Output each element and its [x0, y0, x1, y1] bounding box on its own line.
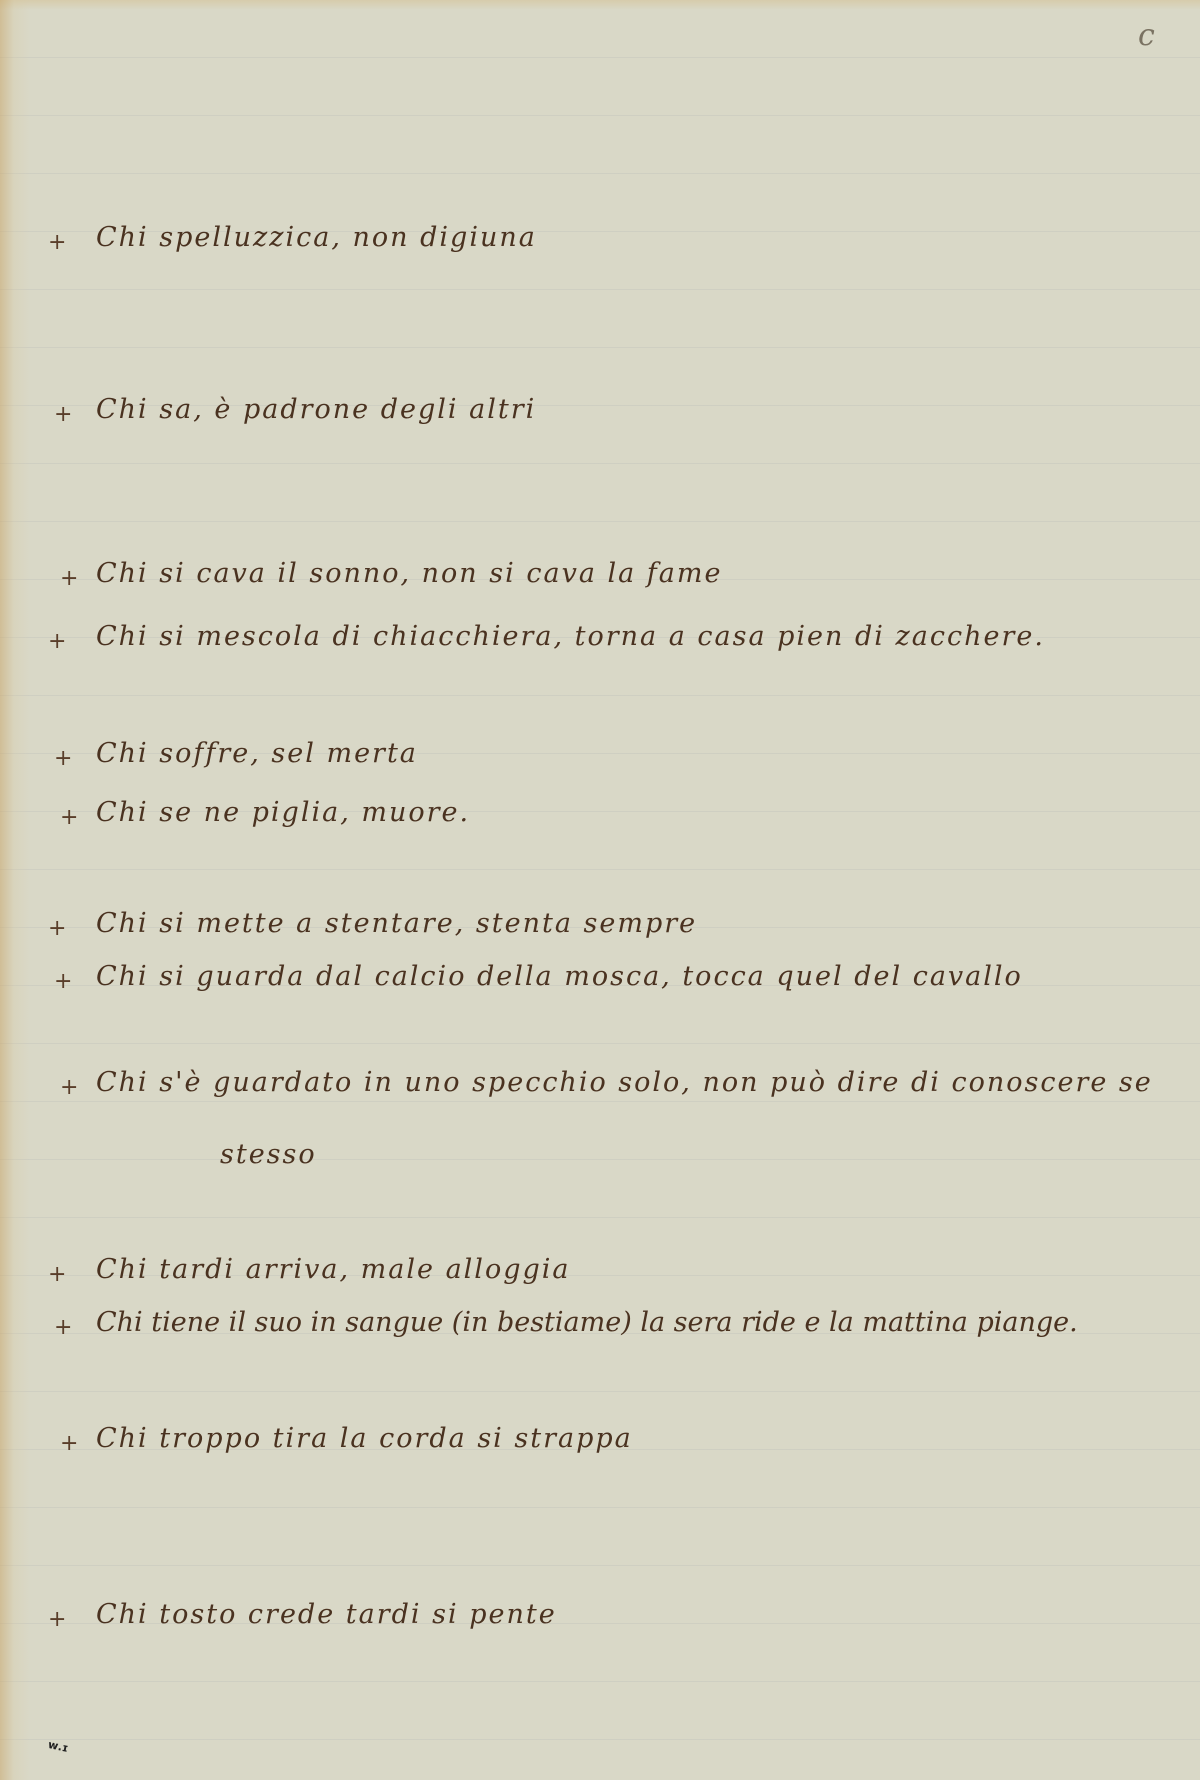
proverb-text: Chi si mescola di chiacchiera, torna a c… — [96, 621, 1045, 652]
cross-mark-icon: + — [54, 1315, 72, 1340]
cross-mark-icon: + — [54, 402, 72, 427]
cross-mark-icon: + — [60, 805, 78, 830]
proverb-text: Chi soffre, sel merta — [96, 738, 418, 769]
ink-blot-mark: ᴡ.ɪ — [47, 1738, 70, 1755]
proverb-text: Chi tosto crede tardi si pente — [96, 1599, 557, 1630]
cross-mark-icon: + — [54, 746, 72, 771]
cross-mark-icon: + — [54, 969, 72, 994]
cross-mark-icon: + — [60, 1075, 78, 1100]
proverb-text: Chi tardi arriva, male alloggia — [96, 1254, 571, 1285]
proverb-text: Chi spelluzzica, non digiuna — [96, 222, 537, 253]
proverb-text: Chi si mette a stentare, stenta sempre — [96, 908, 697, 939]
proverb-text: Chi tiene il suo in sangue (in bestiame)… — [96, 1307, 1078, 1338]
proverb-text: Chi si guarda dal calcio della mosca, to… — [96, 961, 1023, 992]
proverb-continuation: stesso — [220, 1139, 317, 1170]
cross-mark-icon: + — [48, 629, 66, 654]
page-number: c — [1138, 18, 1155, 53]
proverb-text: Chi troppo tira la corda si strappa — [96, 1423, 633, 1454]
cross-mark-icon: + — [60, 1431, 78, 1456]
cross-mark-icon: + — [48, 1607, 66, 1632]
cross-mark-icon: + — [48, 230, 66, 255]
proverb-text: Chi s'è guardato in uno specchio solo, n… — [96, 1067, 1153, 1098]
cross-mark-icon: + — [48, 916, 66, 941]
cross-mark-icon: + — [48, 1262, 66, 1287]
cross-mark-icon: + — [60, 566, 78, 591]
proverb-text: Chi si cava il sonno, non si cava la fam… — [96, 558, 722, 589]
proverb-text: Chi sa, è padrone degli altri — [96, 394, 536, 425]
proverb-text: Chi se ne piglia, muore. — [96, 797, 470, 828]
